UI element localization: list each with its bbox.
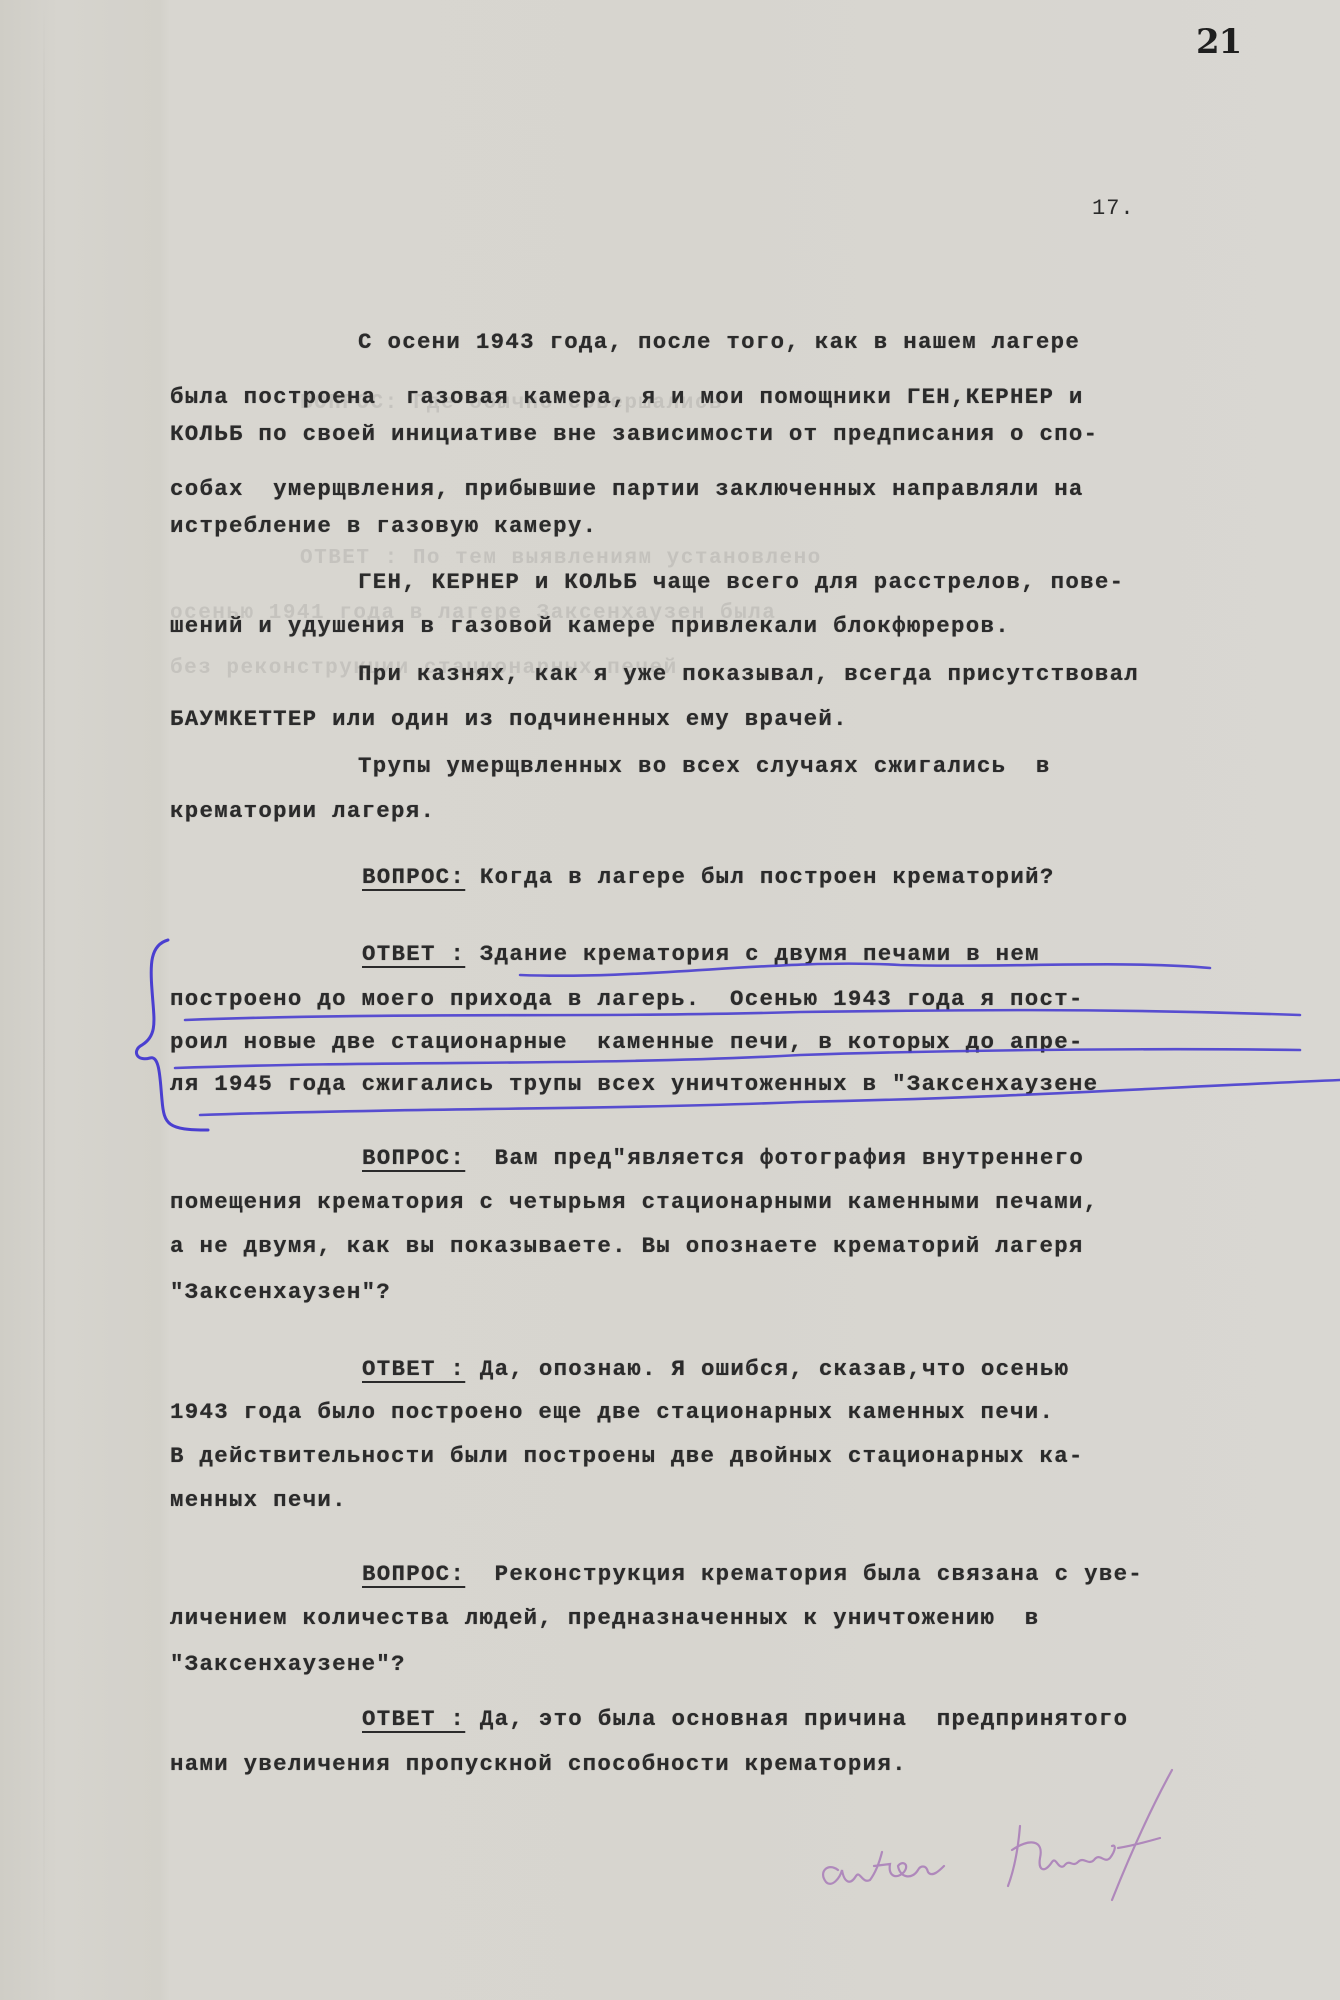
answer-line: построено до моего прихода в лагерь. Осе…: [170, 985, 1084, 1013]
paragraph-line: собах умерщвления, прибывшие партии закл…: [170, 475, 1084, 503]
paragraph-line: ГЕН, КЕРНЕР и КОЛЬБ чаще всего для расст…: [358, 568, 1124, 596]
answer-line: ОТВЕТ : Да, это была основная причина пр…: [362, 1705, 1128, 1733]
question-line: а не двумя, как вы показываете. Вы опозн…: [170, 1232, 1084, 1260]
paragraph-line: крематории лагеря.: [170, 797, 435, 825]
question-line: "Заксенхаузене"?: [170, 1650, 406, 1678]
signature: [823, 1770, 1172, 1900]
paragraph-line: КОЛЬБ по своей инициативе вне зависимост…: [170, 420, 1098, 448]
question-label: ВОПРОС:: [362, 1561, 465, 1587]
question-line: помещения крематория с четырьмя стациона…: [170, 1188, 1098, 1216]
page-fold: [43, 0, 45, 2000]
answer-line: 1943 года было построено еще две стацион…: [170, 1398, 1054, 1426]
answer-label: ОТВЕТ :: [362, 1706, 465, 1732]
paragraph-line: При казнях, как я уже показывал, всегда …: [358, 660, 1139, 688]
answer-label: ОТВЕТ :: [362, 941, 465, 967]
paragraph-line: была построена газовая камера, я и мои п…: [170, 383, 1084, 411]
question-line: ВОПРОС: Вам пред"является фотография вну…: [362, 1144, 1084, 1172]
paragraph-line: шений и удушения в газовой камере привле…: [170, 612, 1010, 640]
page-number: 17.: [1092, 196, 1135, 221]
answer-line: нами увеличения пропускной способности к…: [170, 1750, 907, 1778]
archive-folio-number: 21: [1196, 22, 1241, 62]
answer-line: ОТВЕТ : Да, опознаю. Я ошибся, сказав,чт…: [362, 1355, 1069, 1383]
answer-line: ля 1945 года сжигались трупы всех уничто…: [170, 1070, 1098, 1098]
answer-line: ОТВЕТ : Здание крематория с двумя печами…: [362, 940, 1040, 968]
question-line: ВОПРОС: Реконструкция крематория была св…: [362, 1560, 1143, 1588]
paragraph-line: БАУМКЕТТЕР или один из подчиненных ему в…: [170, 705, 848, 733]
paragraph-line: С осени 1943 года, после того, как в наш…: [358, 328, 1080, 356]
question-label: ВОПРОС:: [362, 864, 465, 890]
answer-line: В действительности были построены две дв…: [170, 1442, 1084, 1470]
answer-line: менных печи.: [170, 1486, 347, 1514]
document-page: 21 17. ВОПРОС: Где обычно совершались ОТ…: [0, 0, 1340, 2000]
paragraph-line: Трупы умерщвленных во всех случаях сжига…: [358, 752, 1051, 780]
answer-label: ОТВЕТ :: [362, 1356, 465, 1382]
question-label: ВОПРОС:: [362, 1145, 465, 1171]
question-line: личением количества людей, предназначенн…: [170, 1604, 1039, 1632]
question-line: ВОПРОС: Когда в лагере был построен крем…: [362, 863, 1055, 891]
paragraph-line: истребление в газовую камеру.: [170, 512, 597, 540]
question-line: "Заксенхаузен"?: [170, 1278, 391, 1306]
answer-line: роил новые две стационарные каменные печ…: [170, 1028, 1084, 1056]
